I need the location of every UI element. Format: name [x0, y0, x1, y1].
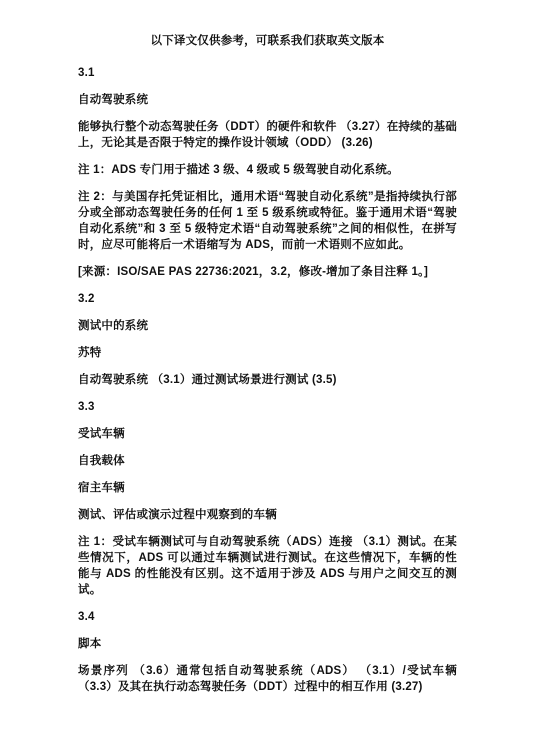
term-line: 自我载体 [78, 453, 457, 469]
definition-text: 场景序列 （3.6）通常包括自动驾驶系统（ADS） （3.1）/受试车辆 （3.… [78, 663, 457, 695]
term-line: 宿主车辆 [78, 480, 457, 496]
section-number: 3.2 [78, 291, 457, 307]
definition-text: 测试、评估或演示过程中观察到的车辆 [78, 507, 457, 523]
document-body: 3.1自动驾驶系统能够执行整个动态驾驶任务（DDT）的硬件和软件 （3.27）在… [78, 65, 457, 695]
document-page: 以下译文仅供参考，可联系我们获取英文版本 3.1自动驾驶系统能够执行整个动态驾驶… [0, 0, 535, 756]
term-line: 脚本 [78, 636, 457, 652]
definition-text: 自动驾驶系统 （3.1）通过测试场景进行测试 (3.5) [78, 372, 457, 388]
source-line: [来源：ISO/SAE PAS 22736:2021，3.2，修改-增加了条目注… [78, 264, 457, 280]
term-line: 测试中的系统 [78, 318, 457, 334]
note-text: 注 2：与美国存托凭证相比，通用术语“驾驶自动化系统”是指持续执行部分或全部动态… [78, 189, 457, 253]
term-line: 苏特 [78, 345, 457, 361]
term-line: 受试车辆 [78, 426, 457, 442]
translation-disclaimer: 以下译文仅供参考，可联系我们获取英文版本 [78, 33, 457, 49]
term-line: 自动驾驶系统 [78, 92, 457, 108]
note-text: 注 1：受试车辆测试可与自动驾驶系统（ADS）连接 （3.1）测试。在某些情况下… [78, 534, 457, 598]
definition-text: 能够执行整个动态驾驶任务（DDT）的硬件和软件 （3.27）在持续的基础上，无论… [78, 119, 457, 151]
section-number: 3.1 [78, 65, 457, 81]
section-number: 3.3 [78, 399, 457, 415]
note-text: 注 1：ADS 专门用于描述 3 级、4 级或 5 级驾驶自动化系统。 [78, 162, 457, 178]
section-number: 3.4 [78, 609, 457, 625]
